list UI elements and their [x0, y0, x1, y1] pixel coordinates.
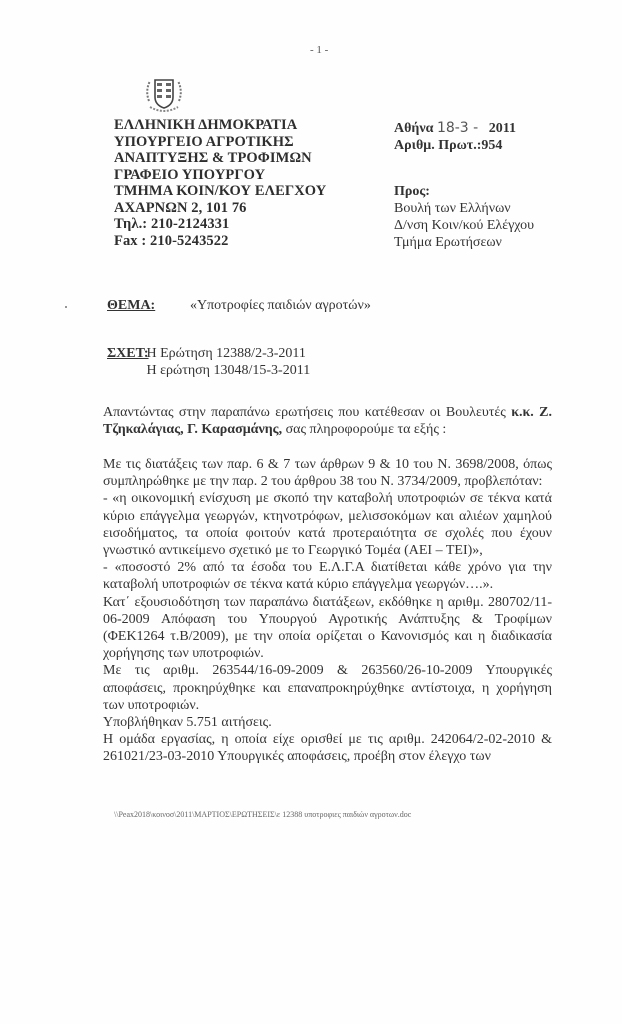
recipient-label: Προς: [394, 183, 534, 200]
related-label: ΣΧΕΤ: [107, 345, 143, 362]
date-label: Αθήνα [394, 121, 433, 136]
protocol-number: Αριθμ. Πρωτ.:954 [394, 137, 516, 154]
body-paragraph: Με τις αριθμ. 263544/16-09-2009 & 263560… [103, 662, 552, 714]
sender-phone: Τηλ.: 210-2124331 [114, 216, 326, 233]
body-paragraph: Υποβλήθηκαν 5.751 αιτήσεις. [103, 714, 552, 731]
intro-paragraph: Απαντώντας στην παραπάνω ερωτήσεις που κ… [103, 404, 552, 438]
file-path-footer: \\Peax2018\κοινοσ\2011\ΜΑΡΤΙΟΣ\ΕΡΩΤΗΣΕΙΣ… [114, 810, 411, 819]
sender-line: ΓΡΑΦΕΙΟ ΥΠΟΥΡΓΟΥ [114, 167, 326, 184]
intro-text-end: σας πληροφορούμε τα εξής : [282, 422, 446, 437]
related-items: Η Ερώτηση 12388/2-3-2011 Η ερώτηση 13048… [147, 345, 311, 379]
sender-fax: Fax : 210-5243522 [114, 233, 326, 250]
recipient-line: Τμήμα Ερωτήσεων [394, 234, 534, 251]
date-year: 2011 [489, 121, 516, 136]
body-bullet: - «η οικονομική ενίσχυση με σκοπό την κα… [103, 490, 552, 559]
sender-block: ΕΛΛΗΝΙΚΗ ΔΗΜΟΚΡΑΤΙΑ ΥΠΟΥΡΓΕΙΟ ΑΓΡΟΤΙΚΗΣ … [114, 117, 326, 249]
recipient-block: Προς: Βουλή των Ελλήνων Δ/νση Κοιν/κού Ε… [394, 183, 534, 251]
sender-line: ΕΛΛΗΝΙΚΗ ΔΗΜΟΚΡΑΤΙΑ [114, 117, 326, 134]
greek-coat-of-arms-icon [141, 71, 187, 117]
related-block: ΣΧΕΤ: Η Ερώτηση 12388/2-3-2011 Η ερώτηση… [107, 345, 310, 379]
sender-line: ΑΝΑΠΤΥΞΗΣ & ΤΡΟΦΙΜΩΝ [114, 150, 326, 167]
body-paragraph: Με τις διατάξεις των παρ. 6 & 7 των άρθρ… [103, 456, 552, 490]
scan-speck [65, 306, 67, 308]
date-handwritten: 18-3 - [437, 120, 478, 136]
sender-address: ΑΧΑΡΝΩΝ 2, 101 76 [114, 200, 326, 217]
body-paragraphs: Με τις διατάξεις των παρ. 6 & 7 των άρθρ… [103, 456, 552, 766]
intro-text: Απαντώντας στην παραπάνω ερωτήσεις που κ… [103, 405, 511, 420]
body-paragraph: Κατ΄ εξουσιοδότηση των παραπάνω διατάξεω… [103, 594, 552, 663]
subject-label: ΘΕΜΑ: [107, 298, 190, 314]
related-item: Η ερώτηση 13048/15-3-2011 [147, 362, 311, 379]
related-item: Η Ερώτηση 12388/2-3-2011 [147, 345, 311, 362]
recipient-line: Βουλή των Ελλήνων [394, 200, 534, 217]
sender-line: ΥΠΟΥΡΓΕΙΟ ΑΓΡΟΤΙΚΗΣ [114, 134, 326, 151]
page-number: - 1 - [310, 44, 328, 56]
date-line: Αθήνα 18-3 - 2011 [394, 120, 516, 137]
recipient-line: Δ/νση Κοιν/κού Ελέγχου [394, 217, 534, 234]
sender-line: ΤΜΗΜΑ ΚΟΙΝ/ΚΟΥ ΕΛΕΓΧΟΥ [114, 183, 326, 200]
body-bullet: - «ποσοστό 2% από τα έσοδα του Ε.Λ.Γ.Α δ… [103, 559, 552, 593]
subject-value: «Υποτροφίες παιδιών αγροτών» [190, 298, 371, 313]
subject-line: ΘΕΜΑ:«Υποτροφίες παιδιών αγροτών» [107, 298, 371, 314]
body-paragraph: Η ομάδα εργασίας, η οποία είχε ορισθεί μ… [103, 731, 552, 765]
date-protocol-block: Αθήνα 18-3 - 2011 Αριθμ. Πρωτ.:954 [394, 120, 516, 154]
